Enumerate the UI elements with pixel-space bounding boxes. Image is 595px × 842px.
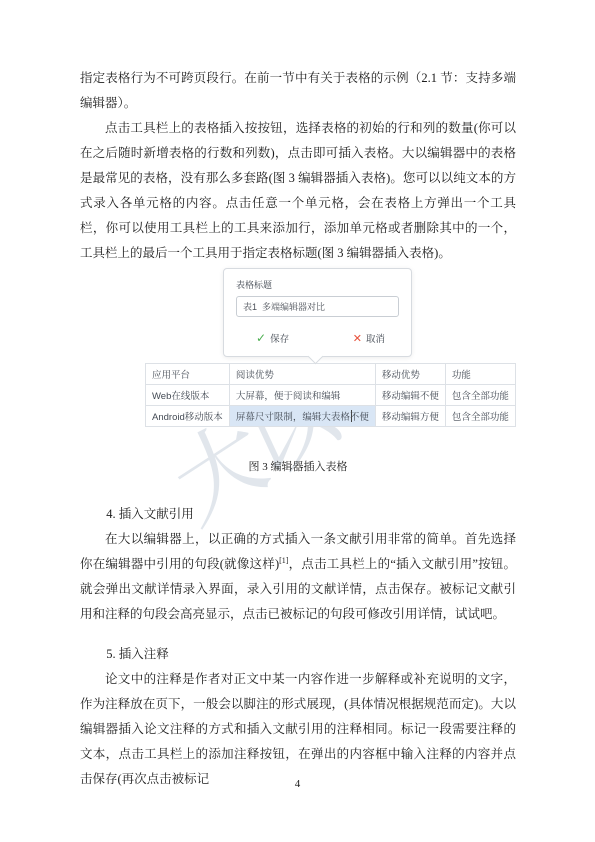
table-cell: 包含全部功能 — [445, 406, 515, 427]
paragraph-insert-footnote: 论文中的注释是作者对正文中某一内容作进一步解释或补充说明的文字，作为注释放在页下… — [80, 667, 516, 792]
section-5-heading: 5. 插入注释 — [80, 642, 516, 667]
paragraph-table-pagebreak: 指定表格行为不可跨页段行。在前一节中有关于表格的示例（2.1 节：支持多端编辑器… — [80, 66, 516, 116]
save-button-label: 保存 — [270, 331, 289, 345]
table-cell: 大屏幕，便于阅读和编辑 — [229, 385, 375, 406]
popup-button-row: ✓ 保存 ✕ 取消 — [236, 331, 399, 345]
save-button: ✓ 保存 — [256, 331, 289, 345]
cancel-button: ✕ 取消 — [353, 331, 385, 345]
table-title-label: 表格标题 — [236, 278, 399, 291]
popup-caret — [308, 349, 324, 365]
column-header: 阅读优势 — [229, 364, 375, 385]
table-cell: 移动编辑方便 — [375, 406, 445, 427]
table-cell-selected: 屏幕尺寸限制，编辑大表格不便 — [229, 406, 375, 427]
figure-caption: 图 3 编辑器插入表格 — [80, 460, 516, 474]
column-header: 应用平台 — [146, 364, 230, 385]
table-row: Android移动版本 屏幕尺寸限制，编辑大表格不便 移动编辑方便 包含全部功能 — [146, 406, 516, 427]
column-header: 移动优势 — [375, 364, 445, 385]
table-cell: 包含全部功能 — [445, 385, 515, 406]
column-header: 功能 — [445, 364, 515, 385]
paragraph-insert-citation: 在大以编辑器上，以正确的方式插入一条文献引用非常的简单。首先选择你在编辑器中引用… — [80, 527, 516, 627]
section-4-heading: 4. 插入文献引用 — [80, 502, 516, 527]
text-cursor — [351, 410, 352, 422]
table-cell: Web在线版本 — [146, 385, 230, 406]
document-page: 大以 指定表格行为不可跨页段行。在前一节中有关于表格的示例（2.1 节：支持多端… — [0, 0, 595, 842]
table-row: Web在线版本 大屏幕，便于阅读和编辑 移动编辑不便 包含全部功能 — [146, 385, 516, 406]
figure-editor-insert-table: 表格标题 ✓ 保存 ✕ 取消 应用平台 阅读优势 — [80, 268, 516, 474]
close-icon: ✕ — [353, 332, 362, 345]
page-number: 4 — [0, 778, 595, 790]
table-title-input — [236, 296, 399, 317]
table-cell: Android移动版本 — [146, 406, 230, 427]
comparison-table: 应用平台 阅读优势 移动优势 功能 Web在线版本 大屏幕，便于阅读和编辑 移动… — [145, 363, 516, 427]
table-title-popup: 表格标题 ✓ 保存 ✕ 取消 — [223, 268, 412, 357]
selected-cell-text: 屏幕尺寸限制，编辑大表格不便 — [236, 412, 369, 423]
page-content: 指定表格行为不可跨页段行。在前一节中有关于表格的示例（2.1 节：支持多端编辑器… — [0, 0, 595, 792]
cancel-button-label: 取消 — [366, 331, 385, 345]
paragraph-insert-table: 点击工具栏上的表格插入按按钮，选择表格的初始的行和列的数量(你可以在之后随时新增… — [80, 116, 516, 266]
table-header-row: 应用平台 阅读优势 移动优势 功能 — [146, 364, 516, 385]
check-icon: ✓ — [256, 331, 266, 345]
table-cell: 移动编辑不便 — [375, 385, 445, 406]
